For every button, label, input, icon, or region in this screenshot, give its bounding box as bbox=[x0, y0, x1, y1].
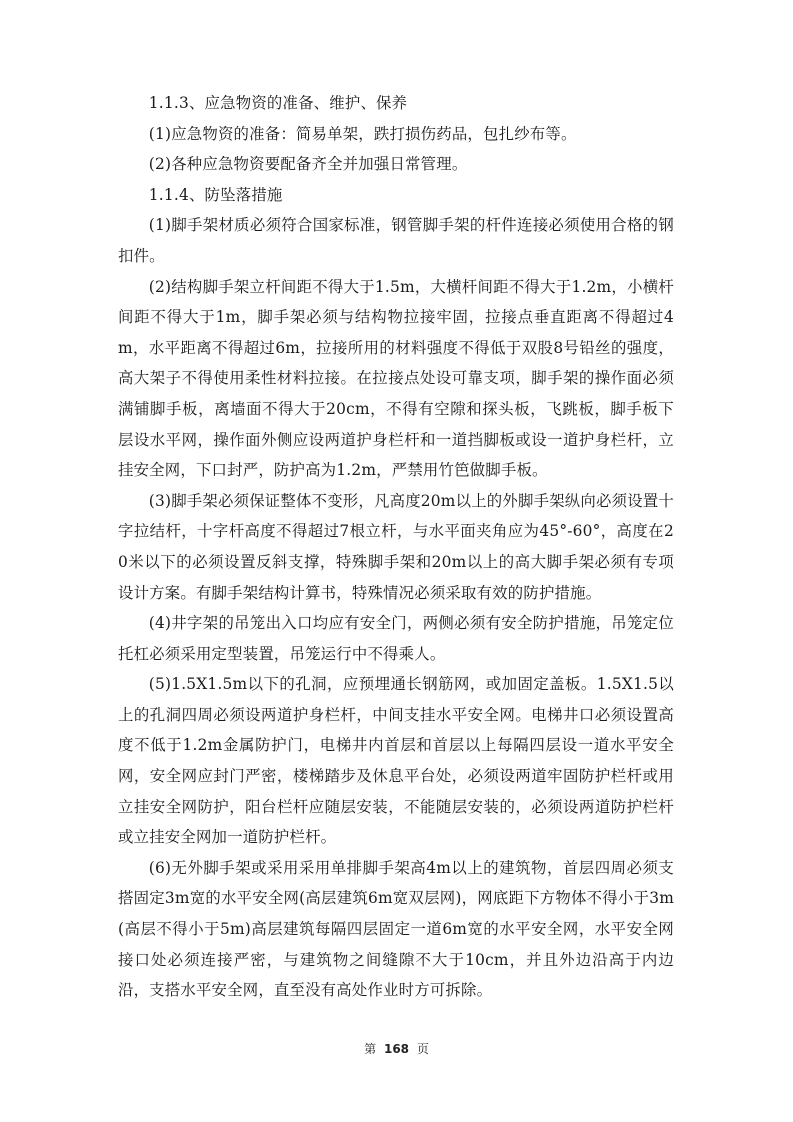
paragraph-fall-prevention-1: (1)脚手架材质必须符合国家标准，钢管脚手架的杆件连接必须使用合格的钢扣件。 bbox=[118, 210, 674, 271]
paragraph-fall-prevention-5: (5)1.5X1.5m以下的孔洞，应预埋通长钢筋网，或加固定盖板。1.5X1.5… bbox=[118, 669, 674, 853]
section-heading-1-1-4: 1.1.4、防坠落措施 bbox=[118, 180, 674, 211]
page-number-suffix: 页 bbox=[417, 1042, 429, 1056]
document-body: 1.1.3、应急物资的准备、维护、保养 (1)应急物资的准备：简易单架，跌打损伤… bbox=[118, 88, 674, 1006]
section-heading-1-1-3: 1.1.3、应急物资的准备、维护、保养 bbox=[118, 88, 674, 119]
page-footer: 第 168 页 bbox=[0, 1040, 793, 1057]
paragraph-emergency-supplies-1: (1)应急物资的准备：简易单架，跌打损伤药品，包扎纱布等。 bbox=[118, 119, 674, 150]
paragraph-fall-prevention-6: (6)无外脚手架或采用采用单排脚手架高4m以上的建筑物，首层四周必须支搭固定3m… bbox=[118, 853, 674, 1006]
paragraph-emergency-supplies-2: (2)各种应急物资要配备齐全并加强日常管理。 bbox=[118, 149, 674, 180]
paragraph-fall-prevention-2: (2)结构脚手架立杆间距不得大于1.5m，大横杆间距不得大于1.2m，小横杆间距… bbox=[118, 272, 674, 486]
page-number-prefix: 第 bbox=[364, 1042, 376, 1056]
page-number: 168 bbox=[384, 1042, 409, 1056]
paragraph-fall-prevention-3: (3)脚手架必须保证整体不变形，凡高度20m以上的外脚手架纵向必须设置十字拉结杆… bbox=[118, 486, 674, 608]
paragraph-fall-prevention-4: (4)井字架的吊笼出入口均应有安全门，两侧必须有安全防护措施，吊笼定位托杠必须采… bbox=[118, 608, 674, 669]
